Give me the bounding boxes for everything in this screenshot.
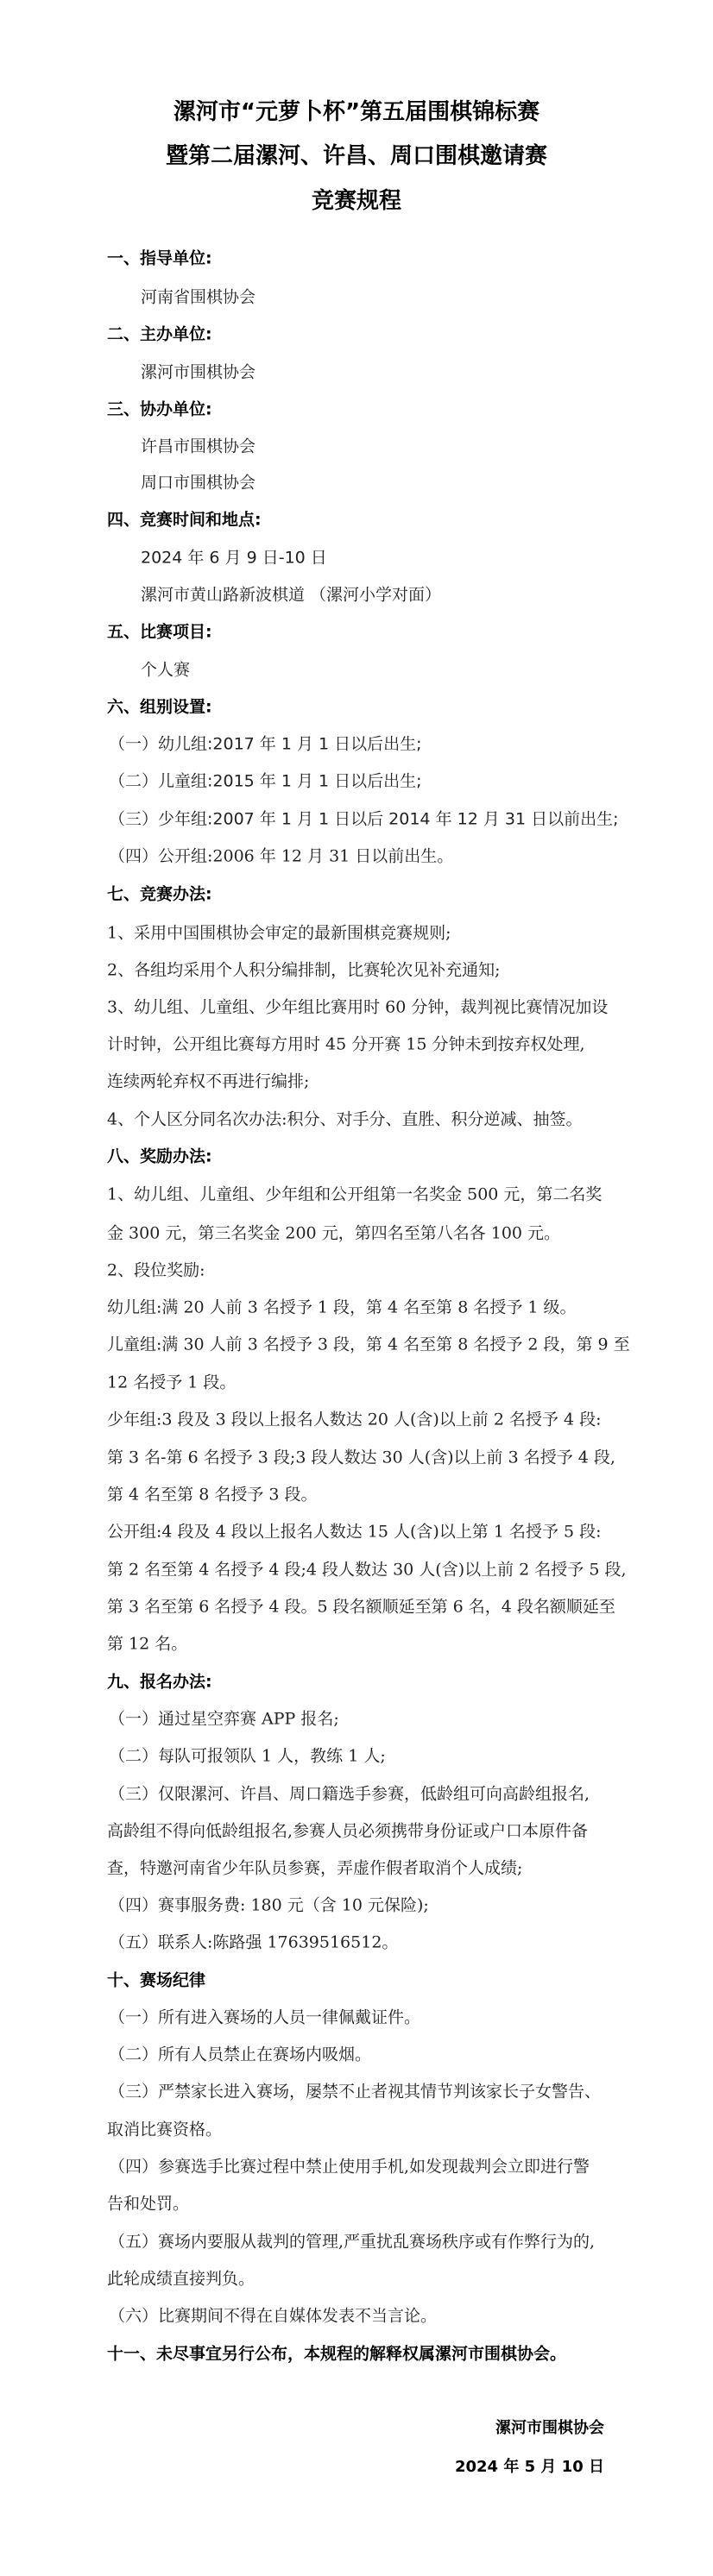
award-line: 12 名授予 1 段。 bbox=[107, 1375, 236, 1392]
discipline-line: （二）所有人员禁止在赛场内吸烟。 bbox=[109, 2047, 371, 2064]
discipline-line: （三）严禁家长进入赛场，屡禁不止者视其情节判该家长子女警告、 bbox=[109, 2084, 601, 2101]
registration-line: （二）每队可报领队 1 人，教练 1 人; bbox=[109, 1749, 386, 1765]
section-heading-event-type: 五、比赛项目: bbox=[107, 625, 212, 641]
award-line: 公开组:4 段及 4 段以上报名人数达 15 人(含)以上第 1 名授予 5 段… bbox=[107, 1524, 602, 1541]
signature-organization: 漯河市围棋协会 bbox=[495, 2421, 604, 2436]
discipline-line: （六）比赛期间不得在自媒体发表不当言论。 bbox=[109, 2309, 437, 2325]
section-heading-discipline: 十、赛场纪律 bbox=[107, 1973, 205, 1989]
award-line: 2、段位奖励: bbox=[107, 1263, 205, 1279]
document-page: 漯河市“元萝卜杯”第五届围棋锦标赛 暨第二届漯河、许昌、周口围棋邀请赛 竞赛规程… bbox=[0, 0, 713, 2576]
discipline-line: （四）参赛选手比赛过程中禁止使用手机,如发现裁判会立即进行警 bbox=[109, 2159, 590, 2176]
award-line: 1、幼儿组、儿童组、少年组和公开组第一名奖金 500 元，第二名奖 bbox=[107, 1187, 602, 1203]
section-heading-registration: 九、报名办法: bbox=[107, 1674, 212, 1691]
title-line-3: 竞赛规程 bbox=[0, 190, 713, 212]
group-item: （二）儿童组:2015 年 1 月 1 日以后出生; bbox=[109, 774, 422, 790]
title-line-1: 漯河市“元萝卜杯”第五届围棋锦标赛 bbox=[0, 101, 713, 123]
award-line: 第 12 名。 bbox=[107, 1637, 187, 1653]
section-heading-groups: 六、组别设置: bbox=[107, 700, 212, 716]
discipline-line: 告和处罚。 bbox=[107, 2196, 189, 2213]
section-heading-organizer: 二、主办单位: bbox=[107, 327, 212, 343]
registration-line: （三）仅限漯河、许昌、周口籍选手参赛，低龄组可向高龄组报名, bbox=[109, 1787, 590, 1803]
award-line: 幼儿组:满 20 人前 3 名授予 1 段，第 4 名至第 8 名授予 1 级。 bbox=[107, 1300, 577, 1316]
award-line: 第 3 名至第 6 名授予 4 段。5 段名额顺延至第 6 名，4 段名额顺延至 bbox=[107, 1599, 615, 1616]
award-line: 少年组:3 段及 3 段以上报名人数达 20 人(含)以上前 2 名授予 4 段… bbox=[107, 1412, 602, 1429]
method-line: 计时钟，公开组比赛每方用时 45 分开赛 15 分钟未到按弃权处理, bbox=[107, 1037, 585, 1053]
award-line: 金 300 元，第三名奖金 200 元，第四名至第八名各 100 元。 bbox=[107, 1226, 560, 1242]
section-heading-co-organizer: 三、协办单位: bbox=[107, 402, 212, 418]
event-venue: 漯河市黄山路新波棋道 （漯河小学对面） bbox=[141, 587, 441, 604]
registration-contact: （五）联系人:陈路强 17639516512。 bbox=[109, 1935, 398, 1951]
discipline-line: （一）所有进入赛场的人员一律佩戴证件。 bbox=[109, 2010, 420, 2026]
title-line-2: 暨第二届漯河、许昌、周口围棋邀请赛 bbox=[0, 145, 713, 167]
event-type: 个人赛 bbox=[141, 663, 190, 679]
method-line: 3、幼儿组、儿童组、少年组比赛用时 60 分钟，裁判视比赛情况加设 bbox=[107, 1000, 608, 1016]
award-line: 第 3 名-第 6 名授予 3 段;3 段人数达 30 人(含)以上前 3 名授… bbox=[107, 1450, 615, 1467]
section-heading-time-place: 四、竞赛时间和地点: bbox=[107, 512, 262, 529]
discipline-line: 此轮成绩直接判负。 bbox=[107, 2271, 255, 2288]
award-line: 儿童组:满 30 人前 3 名授予 3 段，第 4 名至第 8 名授予 2 段，… bbox=[107, 1337, 630, 1354]
group-item: （四）公开组:2006 年 12 月 31 日以前出生。 bbox=[109, 849, 453, 865]
discipline-line: 取消比赛资格。 bbox=[107, 2122, 222, 2139]
section-heading-guidance: 一、指导单位: bbox=[107, 251, 212, 267]
co-organizer-unit-2: 周口市围棋协会 bbox=[141, 475, 256, 492]
method-line: 4、个人区分同名次办法:积分、对手分、直胜、积分逆减、抽签。 bbox=[107, 1112, 583, 1128]
registration-line: （一）通过星空弈赛 APP 报名; bbox=[109, 1712, 339, 1728]
group-item: （三）少年组:2007 年 1 月 1 日以后 2014 年 12 月 31 日… bbox=[109, 812, 618, 828]
registration-fee: （四）赛事服务费: 180 元（含 10 元保险); bbox=[109, 1898, 429, 1914]
award-line: 第 4 名至第 8 名授予 3 段。 bbox=[107, 1487, 318, 1504]
award-line: 第 2 名至第 4 名授予 4 段;4 段人数达 30 人(含)以上前 2 名授… bbox=[107, 1562, 627, 1579]
method-line: 1、采用中国围棋协会审定的最新围棋竞赛规则; bbox=[107, 926, 451, 942]
guidance-unit: 河南省围棋协会 bbox=[141, 290, 256, 306]
registration-line: 查，特邀河南省少年队员参赛，弄虚作假者取消个人成绩; bbox=[107, 1861, 522, 1877]
method-line: 连续两轮弃权不再进行编排; bbox=[107, 1074, 309, 1090]
signature-date: 2024 年 5 月 10 日 bbox=[455, 2460, 604, 2475]
section-heading-closing-note: 十一、未尽事宜另行公布，本规程的解释权属漯河市围棋协会。 bbox=[107, 2347, 566, 2363]
registration-line: 高龄组不得向低龄组报名,参赛人员必须携带身份证或户口本原件备 bbox=[107, 1824, 588, 1840]
discipline-line: （五）赛场内要服从裁判的管理,严重扰乱赛场秩序或有作弊行为的, bbox=[109, 2234, 595, 2251]
event-date: 2024 年 6 月 9 日-10 日 bbox=[141, 550, 327, 567]
co-organizer-unit-1: 许昌市围棋协会 bbox=[141, 439, 256, 456]
group-item: （一）幼儿组:2017 年 1 月 1 日以后出生; bbox=[109, 737, 422, 753]
method-line: 2、各组均采用个人积分编排制，比赛轮次见补充通知; bbox=[107, 963, 501, 979]
section-heading-awards: 八、奖励办法: bbox=[107, 1149, 212, 1165]
section-heading-competition-method: 七、竞赛办法: bbox=[107, 887, 212, 903]
organizer-unit: 漯河市围棋协会 bbox=[141, 365, 256, 381]
